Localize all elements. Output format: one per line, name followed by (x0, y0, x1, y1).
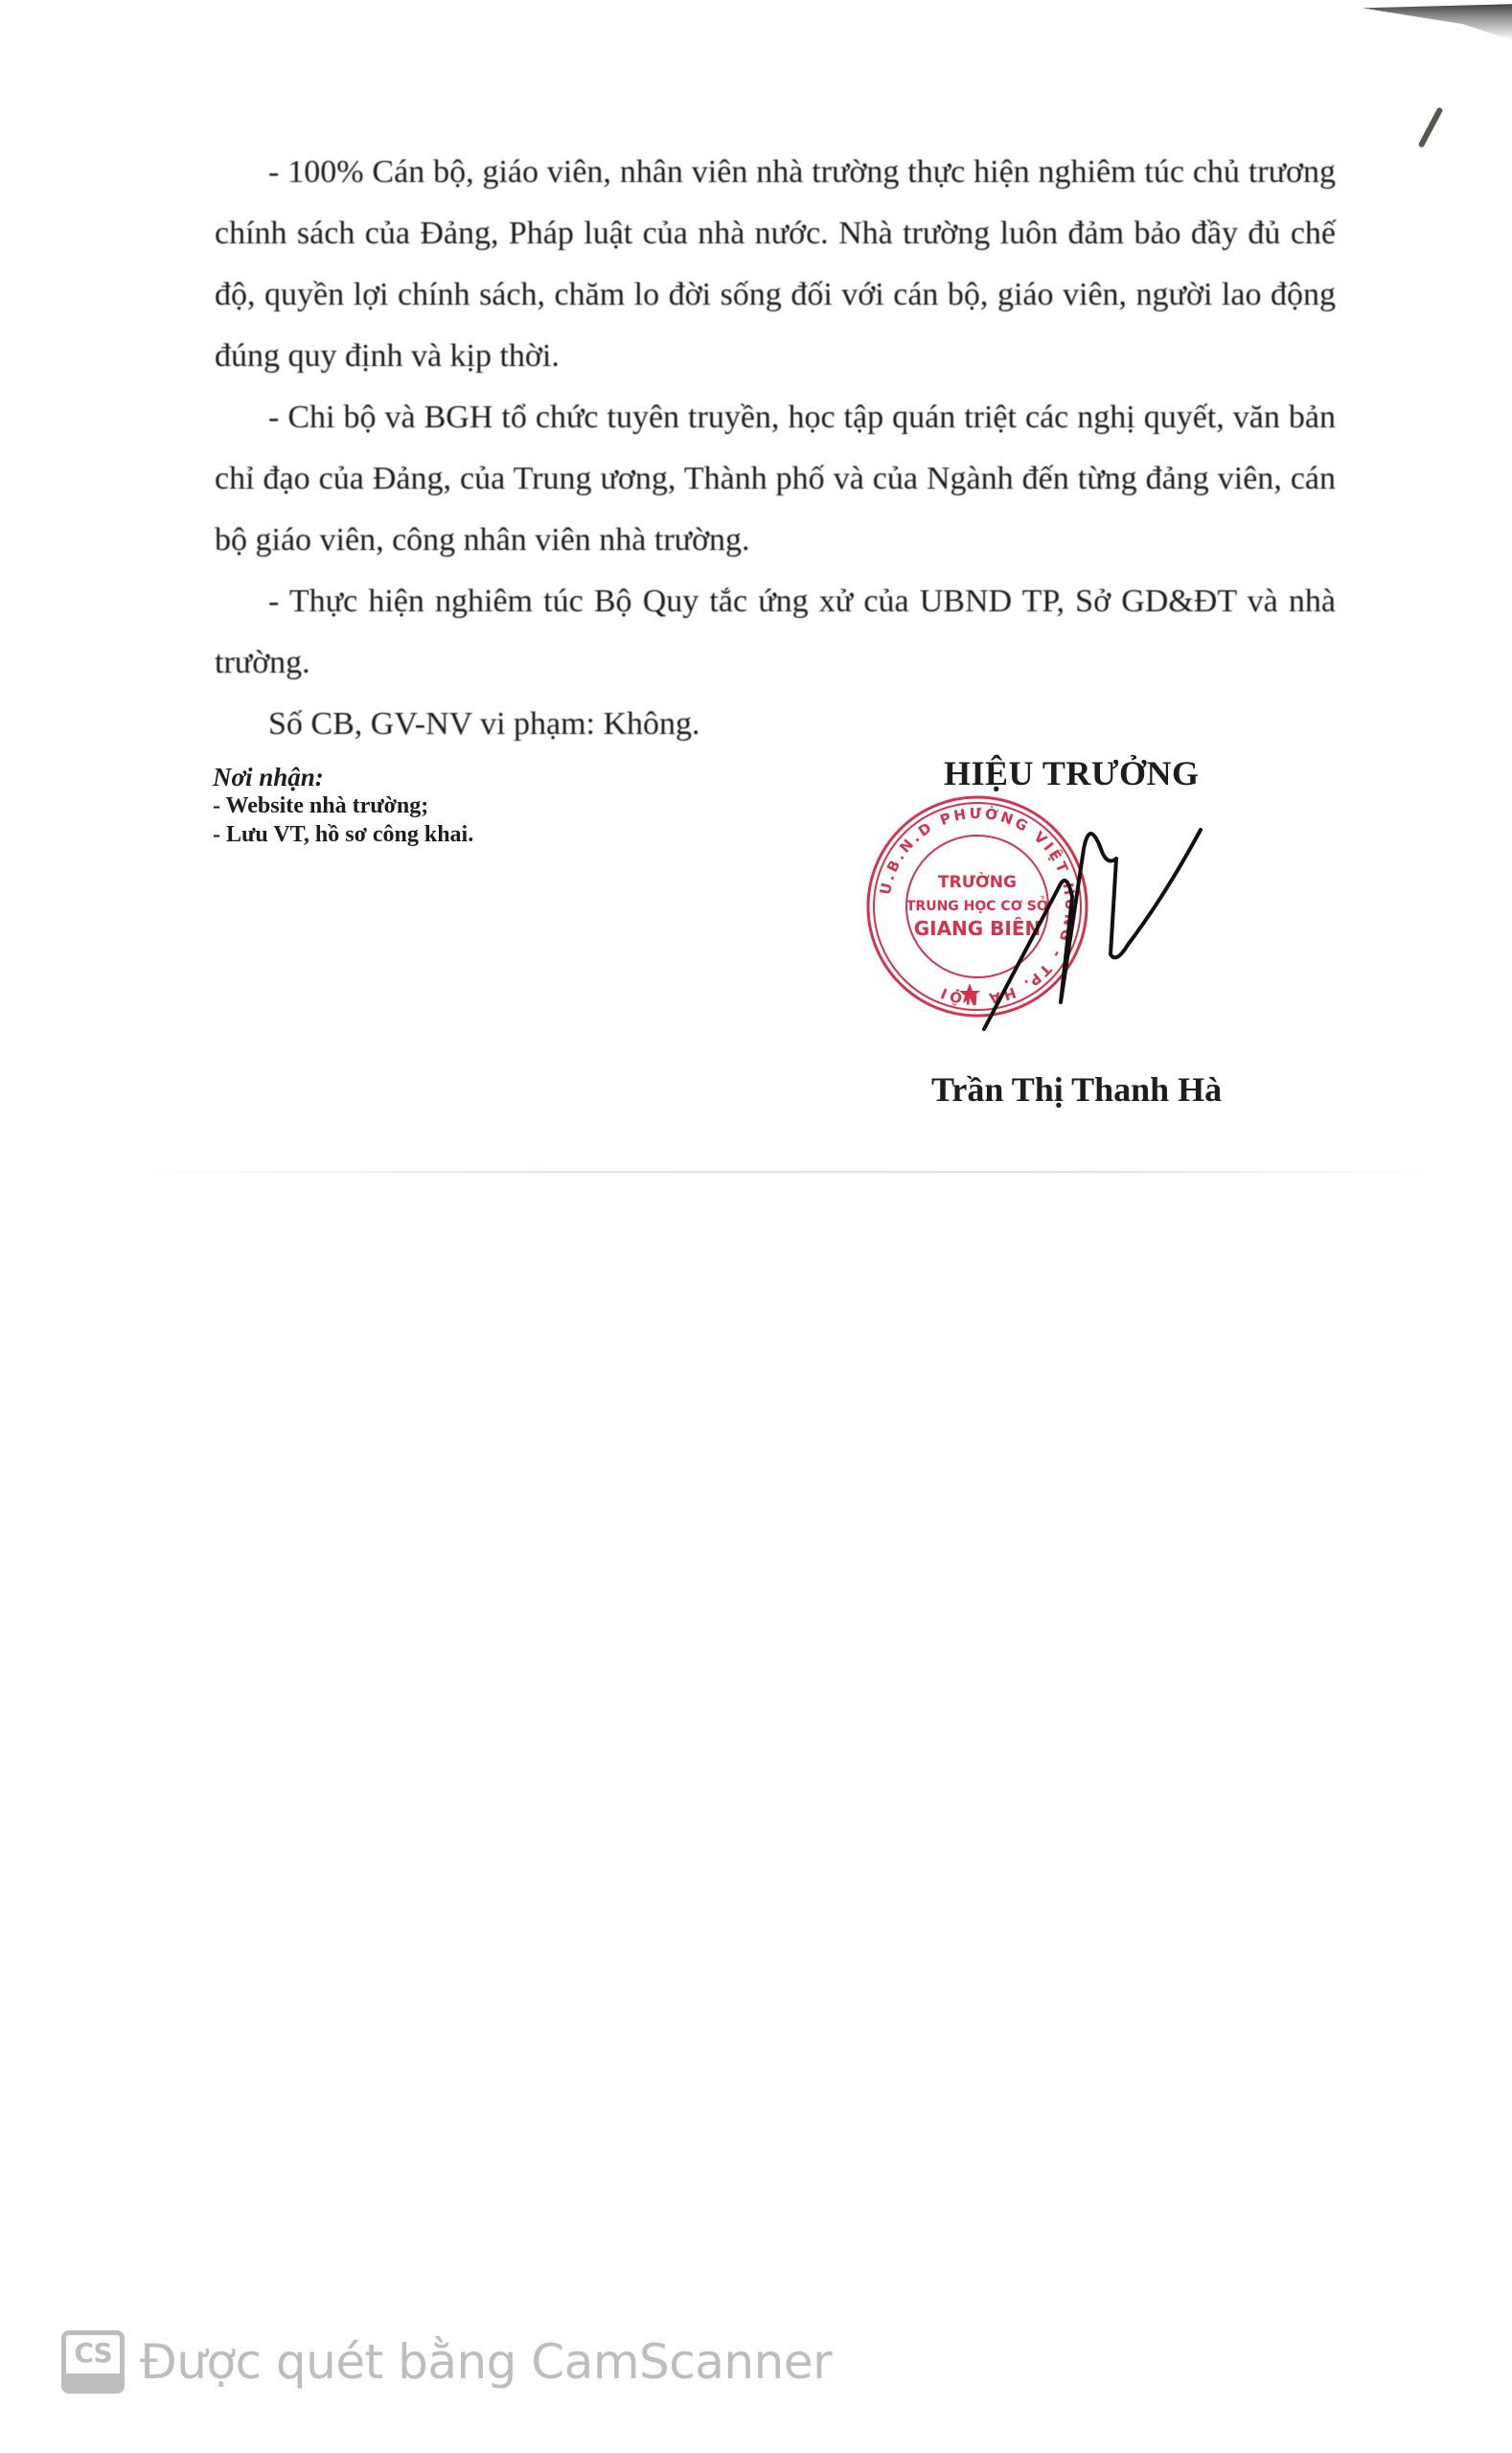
paragraph-violations: Số CB, GV-NV vi phạm: Không. (215, 694, 1336, 755)
paragraph-code-of-conduct: - Thực hiện nghiêm túc Bộ Quy tắc ứng xử… (215, 571, 1336, 694)
camscanner-watermark: CS Được quét bằng CamScanner (61, 2330, 832, 2394)
signature-block: HIỆU TRƯỞNG U.B.N.D PHƯỜNG VIỆT HƯNG - T… (862, 753, 1322, 1117)
signer-name: Trần Thị Thanh Hà (931, 1069, 1222, 1110)
paragraph-propaganda: - Chi bộ và BGH tổ chức tuyên truyền, họ… (215, 387, 1336, 571)
handwritten-signature-icon (953, 811, 1203, 1031)
recipient-item: - Lưu VT, hồ sơ công khai. (213, 820, 473, 849)
scan-artifact-line (125, 1171, 1447, 1173)
pen-mark (1418, 106, 1444, 148)
recipients-title: Nơi nhận: (213, 763, 473, 791)
document-body: - 100% Cán bộ, giáo viên, nhân viên nhà … (215, 142, 1336, 755)
watermark-text: Được quét bằng CamScanner (140, 2334, 832, 2390)
camscanner-logo-icon: CS (61, 2330, 125, 2394)
recipients-block: Nơi nhận: - Website nhà trường; - Lưu VT… (213, 763, 473, 849)
paragraph-compliance: - 100% Cán bộ, giáo viên, nhân viên nhà … (215, 142, 1336, 387)
page-edge-shadow (1349, 0, 1512, 40)
position-title: HIỆU TRƯỞNG (944, 753, 1200, 793)
recipient-item: - Website nhà trường; (213, 791, 473, 820)
